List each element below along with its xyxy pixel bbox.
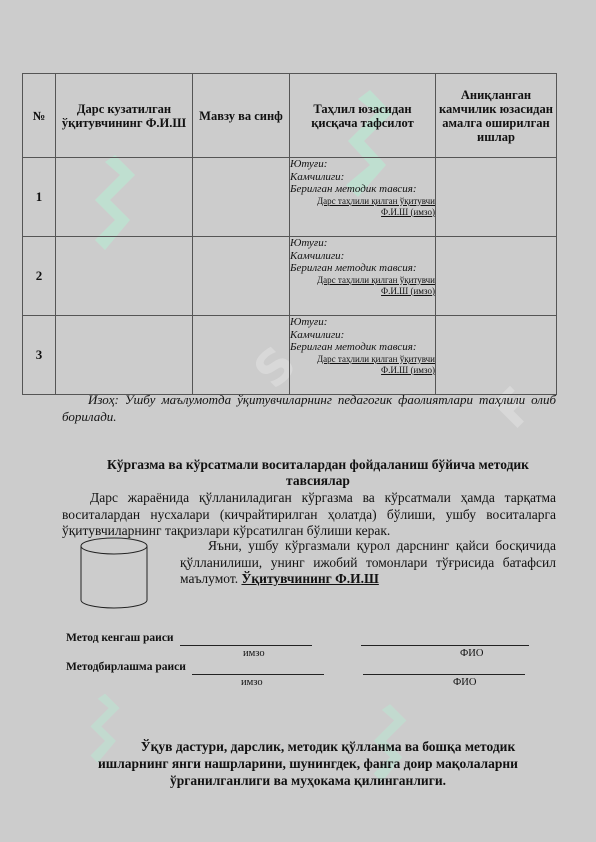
topic-cell[interactable]	[193, 158, 290, 237]
sign-caption: имзо	[241, 677, 263, 688]
lesson-observation-table: № Дарс кузатилган ўқитувчининг Ф.И.Ш Мав…	[22, 73, 557, 395]
cylinder-placeholder-icon	[79, 536, 149, 615]
visual-aids-paragraph-text: Дарс жараёнида қўлланиладиган кўргазма в…	[62, 490, 556, 538]
name-caption: ФИО	[453, 677, 476, 688]
analysis-cell[interactable]: Ютуғи: Камчилиги: Берилган методик тавси…	[290, 158, 436, 237]
method-council-signature-field[interactable]	[180, 645, 312, 646]
visual-aids-paragraph: Дарс жараёнида қўлланиладиган кўргазма в…	[62, 490, 556, 540]
table-header-row: № Дарс кузатилган ўқитувчининг Ф.И.Ш Мав…	[23, 74, 557, 158]
recommendation-label: Берилган методик тавсия:	[290, 341, 435, 354]
analysis-cell[interactable]: Ютуғи: Камчилиги: Берилган методик тавси…	[290, 316, 436, 395]
analyst-signature-caption: Ф.И.Ш (имзо)	[290, 207, 435, 218]
header-teacher-name: Дарс кузатилган ўқитувчининг Ф.И.Ш	[56, 74, 193, 158]
teacher-cell[interactable]	[56, 237, 193, 316]
method-council-name-field[interactable]	[361, 645, 529, 646]
actions-cell[interactable]	[436, 158, 557, 237]
row-number: 3	[23, 316, 56, 395]
method-association-chair-label: Методбирлашма раиси	[66, 661, 186, 673]
shortcomings-label: Камчилиги:	[290, 250, 435, 263]
recommendation-label: Берилган методик тавсия:	[290, 183, 435, 196]
topic-cell[interactable]	[193, 237, 290, 316]
method-association-signature-field[interactable]	[192, 674, 324, 675]
recommendation-label: Берилган методик тавсия:	[290, 262, 435, 275]
sign-caption: имзо	[243, 648, 265, 659]
header-topic-class: Мавзу ва синф	[193, 74, 290, 158]
analyst-signature-line: Дарс таҳлили қилган ўқитувчи	[290, 275, 435, 286]
analyst-signature-line: Дарс таҳлили қилган ўқитувчи	[290, 196, 435, 207]
table-row: 3 Ютуғи: Камчилиги: Берилган методик тав…	[23, 316, 557, 395]
analyst-signature-line: Дарс таҳлили қилган ўқитувчи	[290, 354, 435, 365]
visual-aids-detail-paragraph: Яъни, ушбу кўргазмали қурол дарснинг қай…	[180, 538, 556, 588]
shortcomings-label: Камчилиги:	[290, 171, 435, 184]
table-row: 2 Ютуғи: Камчилиги: Берилган методик тав…	[23, 237, 557, 316]
name-caption: ФИО	[460, 648, 483, 659]
table-row: 1 Ютуғи: Камчилиги: Берилган методик тав…	[23, 158, 557, 237]
row-number: 1	[23, 158, 56, 237]
publications-heading-text: Ўқув дастури, дарслик, методик қўлланма …	[98, 739, 518, 788]
note-text: Изоҳ: Ушбу маълумотда ўқитувчиларнинг пе…	[62, 392, 556, 424]
header-analysis: Таҳлил юзасидан қисқача тафсилот	[290, 74, 436, 158]
topic-cell[interactable]	[193, 316, 290, 395]
visual-aids-heading: Кўргазма ва кўрсатмали воситалардан фойд…	[80, 457, 556, 489]
teacher-cell[interactable]	[56, 158, 193, 237]
table-note: Изоҳ: Ушбу маълумотда ўқитувчиларнинг пе…	[62, 391, 556, 425]
publications-heading: Ўқув дастури, дарслик, методик қўлланма …	[80, 738, 536, 789]
actions-cell[interactable]	[436, 237, 557, 316]
row-number: 2	[23, 237, 56, 316]
analysis-cell[interactable]: Ютуғи: Камчилиги: Берилган методик тавси…	[290, 237, 436, 316]
header-actions: Аниқланган камчилик юзасидан амалга ошир…	[436, 74, 557, 158]
actions-cell[interactable]	[436, 316, 557, 395]
analyst-signature-caption: Ф.И.Ш (имзо)	[290, 365, 435, 376]
method-council-chair-label: Метод кенгаш раиси	[66, 632, 174, 644]
teacher-cell[interactable]	[56, 316, 193, 395]
method-association-name-field[interactable]	[363, 674, 525, 675]
shortcomings-label: Камчилиги:	[290, 329, 435, 342]
achievements-label: Ютуғи:	[290, 316, 435, 329]
achievements-label: Ютуғи:	[290, 158, 435, 171]
analyst-signature-caption: Ф.И.Ш (имзо)	[290, 286, 435, 297]
achievements-label: Ютуғи:	[290, 237, 435, 250]
header-number: №	[23, 74, 56, 158]
teacher-name-label: Ўқитувчининг Ф.И.Ш	[241, 571, 378, 586]
